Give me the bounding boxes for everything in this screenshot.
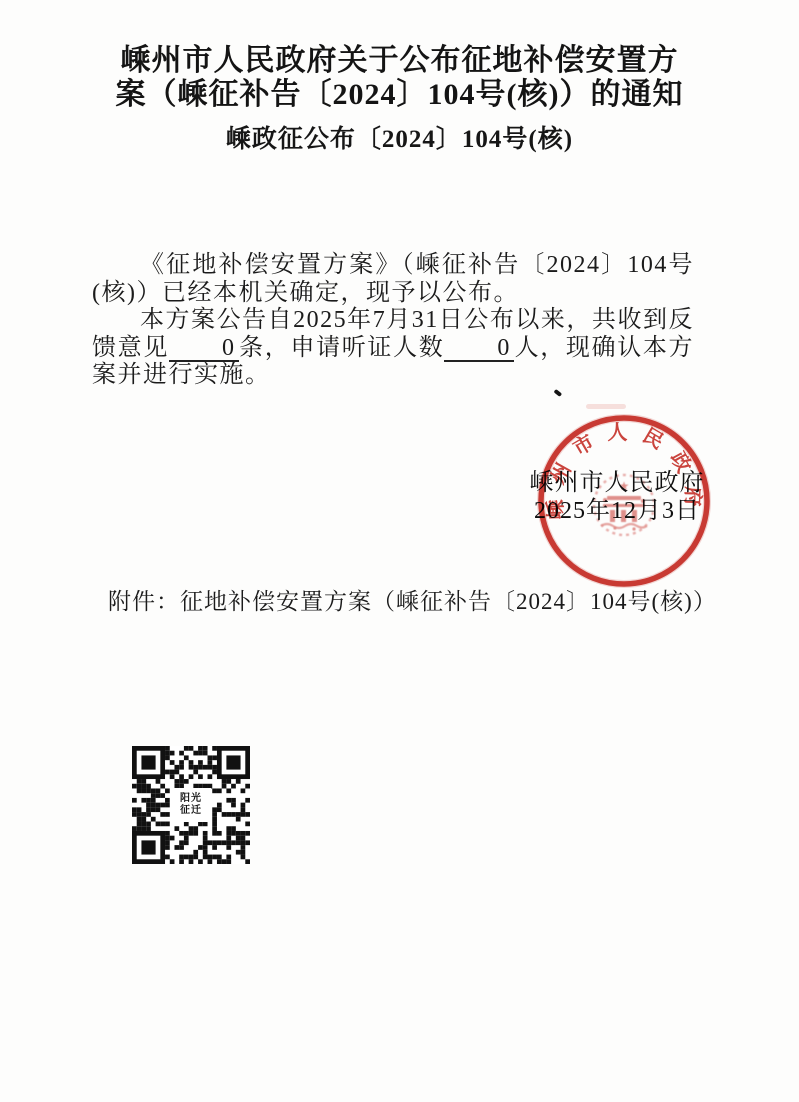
doc-number: 嵊政征公布〔2024〕104号(核) xyxy=(0,125,799,155)
doc-title-line2: 案（嵊征补告〔2024〕104号(核)）的通知 xyxy=(0,78,799,112)
qr-label-line1: 阳光 xyxy=(180,793,202,805)
notice-document-page: 嵊州市人民政府关于公布征地补偿安置方 案（嵊征补告〔2024〕104号(核)）的… xyxy=(0,0,799,1102)
body-paragraph-2: 本方案公告自2025年7月31日公布以来，共收到反馈意见0条，申请听证人数0人，… xyxy=(92,307,694,390)
para2-text-2: 条，申请听证人数 xyxy=(239,335,444,361)
body-paragraph-1: 《征地补偿安置方案》（嵊征补告〔2024〕104号(核)）已经本机关确定，现予以… xyxy=(92,252,694,307)
qr-center-label: 阳光 征迁 xyxy=(171,788,211,822)
qr-code: 阳光 征迁 xyxy=(132,746,250,864)
feedback-count-blank: 0 xyxy=(169,336,239,362)
ink-tick-artifact xyxy=(554,389,562,397)
svg-text:★: ★ xyxy=(619,479,630,493)
attachment-line: 附件：征地补偿安置方案（嵊征补告〔2024〕104号(核)） xyxy=(108,588,717,616)
doc-title: 嵊州市人民政府关于公布征地补偿安置方 案（嵊征补告〔2024〕104号(核)）的… xyxy=(0,44,799,112)
seal-smudge-artifact xyxy=(586,404,626,409)
official-seal: 嵊州市人民政府 ★ xyxy=(535,412,713,590)
qr-label-line2: 征迁 xyxy=(180,805,202,817)
hearing-count-blank: 0 xyxy=(444,336,514,362)
doc-body: 《征地补偿安置方案》（嵊征补告〔2024〕104号(核)）已经本机关确定，现予以… xyxy=(92,252,694,390)
doc-title-line1: 嵊州市人民政府关于公布征地补偿安置方 xyxy=(0,44,799,78)
official-seal-svg: 嵊州市人民政府 ★ xyxy=(535,412,713,590)
national-emblem-icon: ★ xyxy=(594,475,654,535)
